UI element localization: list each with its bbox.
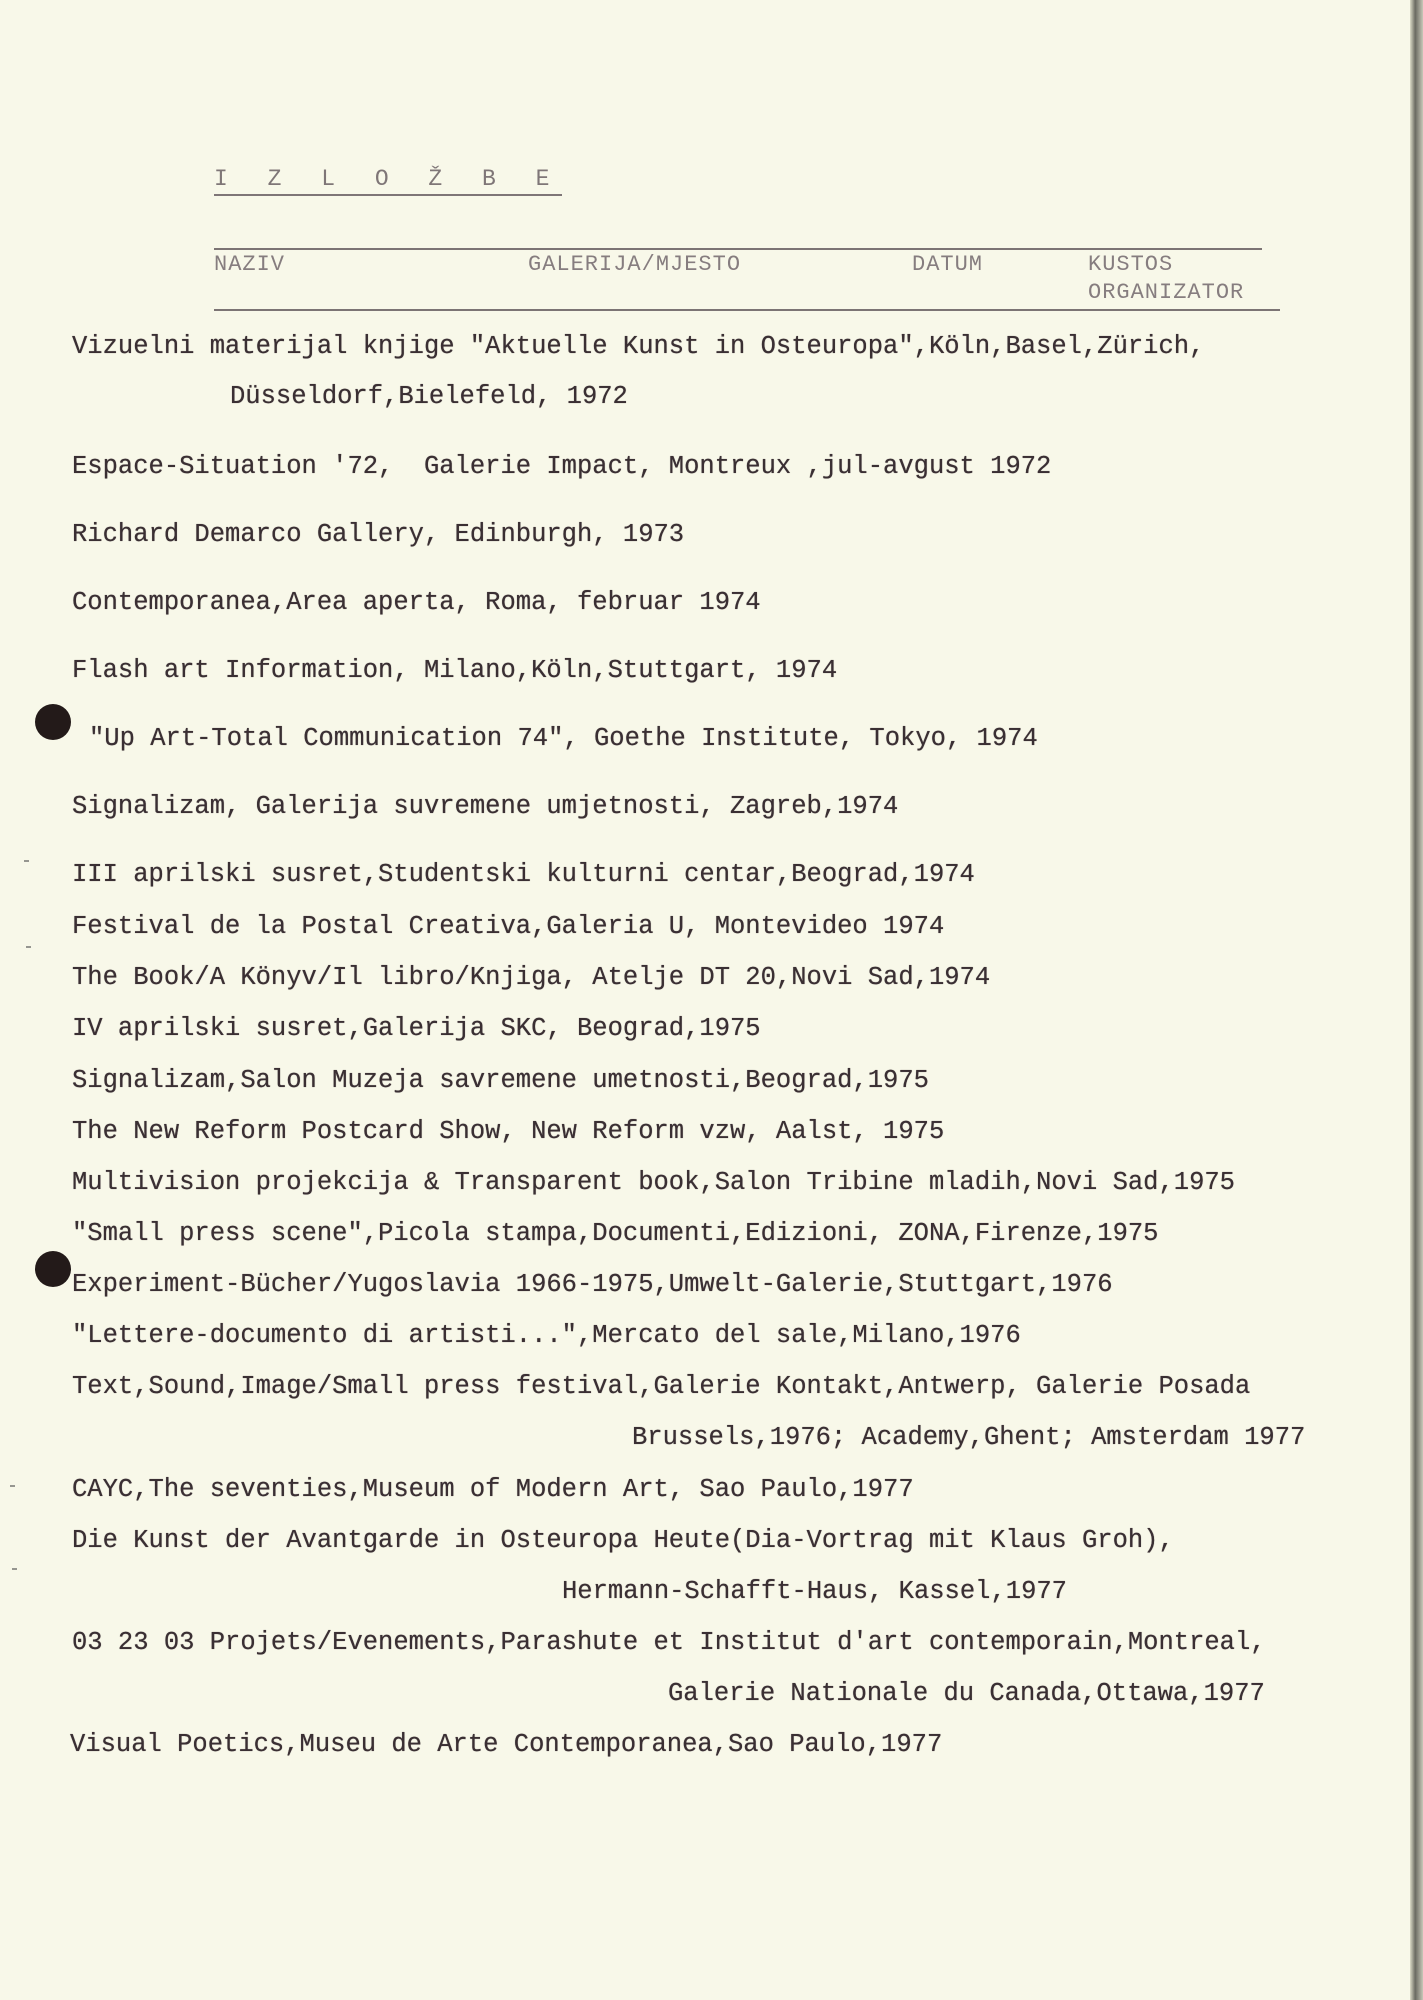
document-page: I Z L O Ž B E NAZIV GALERIJA/MJESTO DATU… (0, 0, 1410, 2000)
exhibition-entry: "Small press scene",Picola stampa,Docume… (72, 1219, 1158, 1248)
exhibition-entry-continuation: Galerie Nationale du Canada,Ottawa,1977 (668, 1679, 1265, 1708)
exhibition-entry: IV aprilski susret,Galerija SKC, Beograd… (72, 1014, 761, 1043)
exhibition-entry: Flash art Information, Milano,Köln,Stutt… (72, 656, 837, 685)
exhibition-entry: Vizuelni materijal knjige "Aktuelle Kuns… (72, 332, 1204, 361)
page-title: I Z L O Ž B E (214, 166, 562, 196)
column-header-kustos: KUSTOS (1088, 252, 1173, 277)
exhibition-entry: "Up Art-Total Communication 74", Goethe … (89, 724, 1038, 753)
punch-hole (35, 704, 71, 740)
punch-hole (35, 1251, 71, 1287)
column-header-organizator: ORGANIZATOR (1088, 280, 1244, 305)
exhibition-entry: Richard Demarco Gallery, Edinburgh, 1973 (72, 520, 684, 549)
exhibition-entry: Espace-Situation ′72, Galerie Impact, Mo… (72, 452, 1051, 481)
exhibition-entry: Signalizam, Galerija suvremene umjetnost… (72, 792, 898, 821)
exhibition-entry: CAYC,The seventies,Museum of Modern Art,… (72, 1475, 914, 1504)
exhibition-entry: Multivision projekcija & Transparent boo… (72, 1168, 1235, 1197)
exhibition-entry: Visual Poetics,Museu de Arte Contemporan… (70, 1730, 942, 1759)
exhibition-entry-continuation: Düsseldorf,Bielefeld, 1972 (230, 382, 628, 411)
page-edge (1410, 0, 1423, 2000)
exhibition-entry: Festival de la Postal Creativa,Galeria U… (72, 912, 944, 941)
exhibition-entry: Text,Sound,Image/Small press festival,Ga… (72, 1372, 1250, 1401)
column-header-galerija-mjesto: GALERIJA/MJESTO (528, 252, 741, 277)
exhibition-entry: Die Kunst der Avantgarde in Osteuropa He… (72, 1526, 1174, 1555)
exhibition-entry: III aprilski susret,Studentski kulturni … (72, 860, 975, 889)
paper-speck (26, 946, 31, 948)
exhibition-entry: Contemporanea,Area aperta, Roma, februar… (72, 588, 761, 617)
paper-speck (10, 1485, 15, 1487)
exhibition-entry: Signalizam,Salon Muzeja savremene umetno… (72, 1066, 929, 1095)
column-header-datum: DATUM (912, 252, 983, 277)
paper-speck (12, 1568, 17, 1570)
header-bottom-rule (214, 309, 1280, 311)
paper-speck (24, 860, 29, 862)
exhibition-entry: The New Reform Postcard Show, New Reform… (72, 1117, 944, 1146)
exhibition-entry: Experiment-Bücher/Yugoslavia 1966-1975,U… (72, 1270, 1113, 1299)
exhibition-entry: "Lettere-documento di artisti...",Mercat… (72, 1321, 1021, 1350)
exhibition-entry-continuation: Brussels,1976; Academy,Ghent; Amsterdam … (632, 1423, 1305, 1452)
header-top-rule (214, 248, 1262, 250)
exhibition-entry-continuation: Hermann-Schafft-Haus, Kassel,1977 (562, 1577, 1067, 1606)
column-header-naziv: NAZIV (214, 252, 285, 277)
exhibition-entry: 03 23 03 Projets/Evenements,Parashute et… (72, 1628, 1266, 1657)
exhibition-entry: The Book/A Könyv/Il libro/Knjiga, Atelje… (72, 963, 990, 992)
